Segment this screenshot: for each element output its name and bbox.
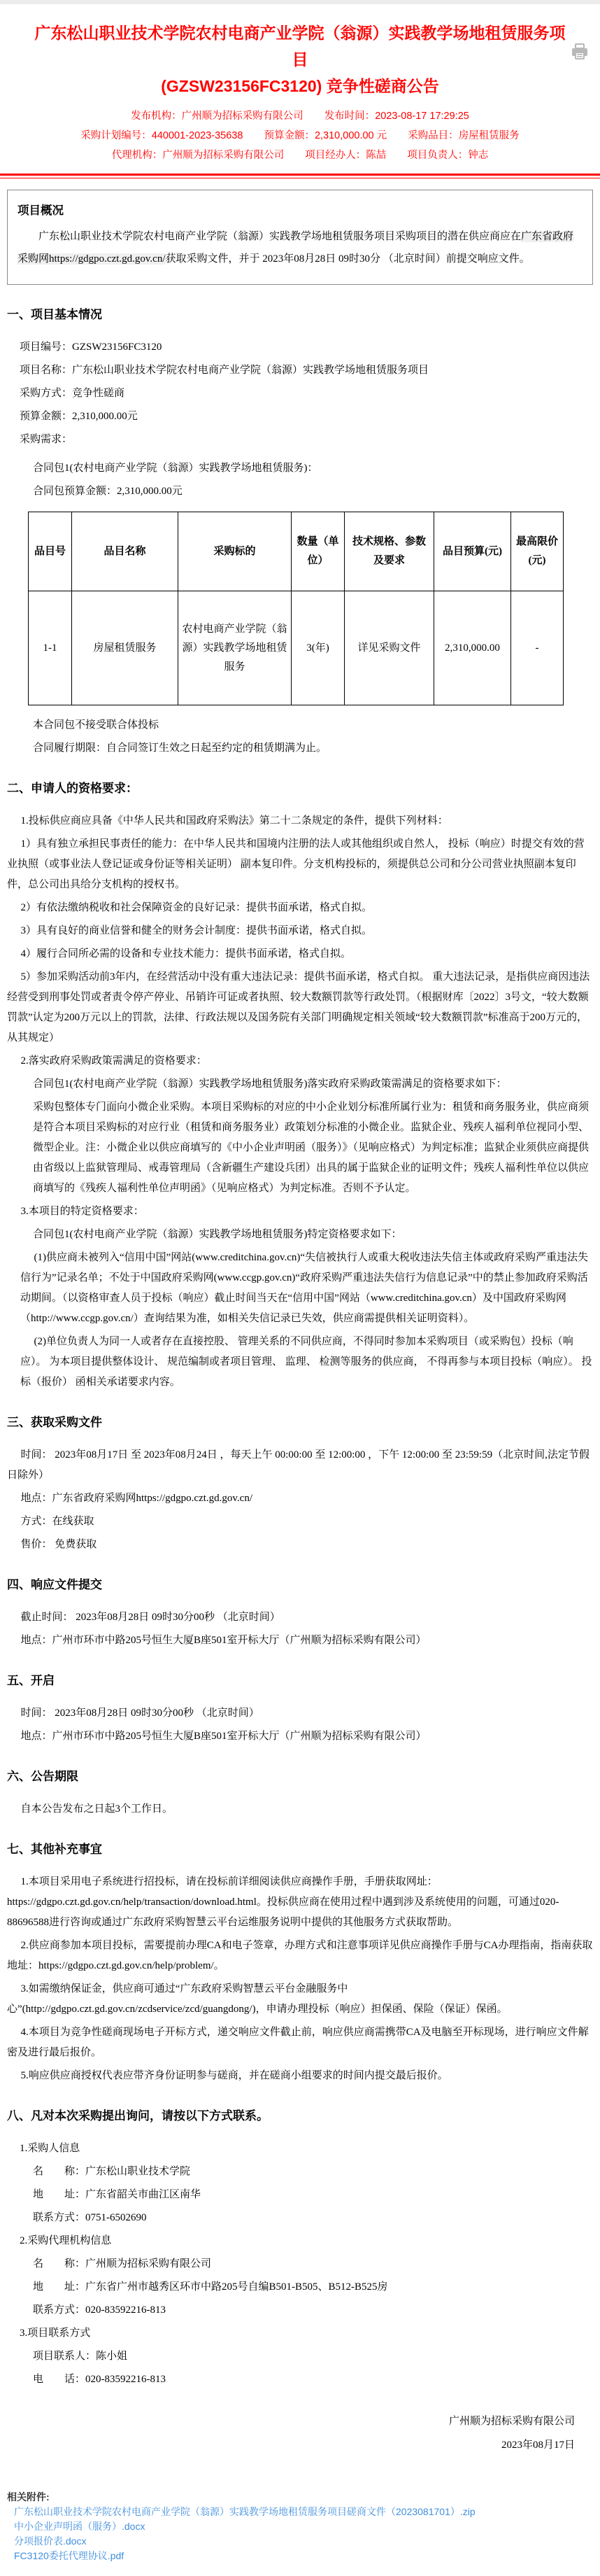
meta-budget-label: 预算金额： xyxy=(264,130,315,141)
meta-publisher-label: 发布机构： xyxy=(131,111,182,122)
meta-category-label: 采购品目： xyxy=(408,130,459,141)
signature-block: 广州顺为招标采购有限公司 2023年08月17日 xyxy=(7,2409,593,2457)
credit-china-paragraph: (1)供应商未被列入“信用中国”网站(www.creditchina.gov.c… xyxy=(20,1248,593,1329)
cell-item-name: 房屋租赁服务 xyxy=(72,591,178,705)
meta-agency-label: 代理机构： xyxy=(112,150,163,161)
col-item-name: 品目名称 xyxy=(72,512,178,591)
cell-item-budget: 2,310,000.00 xyxy=(434,591,511,705)
doc-obtain-place: 地点：广东省政府采购网https://gdgpo.czt.gd.gov.cn/ xyxy=(7,1488,593,1509)
meta-manager-value: 钟志 xyxy=(468,150,488,161)
supplement-item-3: 3.如需缴纳保证金，供应商可通过“广东政府采购智慧云平台金融服务中心”(http… xyxy=(7,1979,593,2020)
meta-budget: 预算金额：2,310,000.00 元 xyxy=(264,130,387,141)
buyer-address: 地 址：广东省韶关市曲江区南华 xyxy=(7,2185,593,2205)
meta-handler-label: 项目经办人： xyxy=(305,150,366,161)
attachment-link-itemized-quotation[interactable]: 分项报价表.docx xyxy=(14,2534,593,2549)
qualification-item-4: 4）履行合同所必需的设备和专业技术能力：提供书面承诺，格式自拟。 xyxy=(7,944,593,964)
meta-category: 采购品目：房屋租赁服务 xyxy=(408,130,520,141)
buyer-phone: 联系方式：0751-6502690 xyxy=(7,2208,593,2228)
doc-obtain-time: 时间： 2023年08月17日 至 2023年08月24日 ，每天上午 00:0… xyxy=(7,1445,593,1486)
attachments-section: 相关附件: 广东松山职业技术学院农村电商产业学院（翁源）实践教学场地租赁服务项目… xyxy=(0,2485,600,2576)
table-row: 1-1 房屋租赁服务 农村电商产业学院（翁源）实践教学场地租赁服务 3(年) 详… xyxy=(29,591,564,705)
project-contact-title: 3.项目联系方式 xyxy=(7,2323,593,2344)
section5-heading: 五、开启 xyxy=(7,1669,593,1692)
announcement-header: 广东松山职业技术学院农村电商产业学院（翁源）实践教学场地租赁服务项目 (GZSW… xyxy=(0,4,600,101)
agency-phone: 联系方式：020-83592216-813 xyxy=(7,2300,593,2321)
qualification-item-1: 1）具有独立承担民事责任的能力：在中华人民共和国境内注册的法人或其他组织或自然人… xyxy=(7,834,593,895)
section1-heading: 一、项目基本情况 xyxy=(7,303,593,326)
supplement-item-1: 1.本项目采用电子系统进行招投标，请在投标前详细阅读供应商操作手册，手册获取网址… xyxy=(7,1872,593,1933)
overview-paragraph: 广东松山职业技术学院农村电商产业学院（翁源）实践教学场地租赁服务项目采购项目的潜… xyxy=(17,225,583,270)
procurement-demand: 采购需求： xyxy=(7,430,593,450)
meta-publish-time: 发布时间：2023-08-17 17:29:25 xyxy=(324,111,469,122)
meta-agency: 代理机构：广州顺为招标采购有限公司 xyxy=(112,150,285,161)
meta-publisher: 发布机构：广州顺为招标采购有限公司 xyxy=(131,111,303,122)
red-divider-thin xyxy=(0,178,600,178)
overview-text-before: 广东松山职业技术学院农村电商产业学院（翁源）实践教学场地租赁服务项目采购项目的潜… xyxy=(38,231,521,242)
budget-amount: 预算金额：2,310,000.00元 xyxy=(7,407,593,427)
meta-handler: 项目经办人：陈喆 xyxy=(305,150,386,161)
agency-address: 地 址：广东省广州市越秀区环市中路205号自编B501-B505、B512-B5… xyxy=(7,2277,593,2297)
qualification-item-5: 5）参加采购活动前3年内，在经营活动中没有重大违法记录：提供书面承诺，格式自拟。… xyxy=(7,967,593,1048)
meta-category-value: 房屋租赁服务 xyxy=(459,130,520,141)
items-table: 品目号 品目名称 采购标的 数量（单位） 技术规格、参数及要求 品目预算(元) … xyxy=(28,512,564,705)
submission-place: 地点：广州市环市中路205号恒生大厦B座501室开标大厅（广州顺为招标采购有限公… xyxy=(7,1631,593,1651)
signature-date: 2023年08月17日 xyxy=(7,2433,575,2457)
meta-publisher-value: 广州顺为招标采购有限公司 xyxy=(182,111,303,122)
cell-subject: 农村电商产业学院（翁源）实践教学场地租赁服务 xyxy=(178,591,292,705)
smes-policy-paragraph: 采购包整体专门面向小微企业采购。本项目采购标的对应的中小企业划分标准所属行业为：… xyxy=(33,1097,593,1199)
overview-text-after: 获取采购文件，并于 2023年08月28日 09时30分 （北京时间）前提交响应… xyxy=(166,253,530,265)
no-consortium-note: 本合同包不接受联合体投标 xyxy=(7,715,593,736)
col-price-cap: 最高限价(元) xyxy=(511,512,564,591)
supplement-item-4: 4.本项目为竞争性磋商现场电子开标方式，递交响应文件截止前，响应供应商需携带CA… xyxy=(7,2022,593,2063)
col-subject: 采购标的 xyxy=(178,512,292,591)
meta-plan-no: 采购计划编号：440001-2023-35638 xyxy=(80,130,243,141)
agency-name: 名 称：广州顺为招标采购有限公司 xyxy=(7,2254,593,2274)
section4-heading: 四、响应文件提交 xyxy=(7,1573,593,1596)
meta-manager: 项目负责人：钟志 xyxy=(407,150,488,161)
meta-handler-value: 陈喆 xyxy=(366,150,386,161)
section8-heading: 八、凡对本次采购提出询问，请按以下方式联系。 xyxy=(7,2104,593,2127)
qualification-item-2: 2）有依法缴纳税收和社会保障资金的良好记录：提供书面承诺，格式自拟。 xyxy=(7,898,593,918)
policy-requirement-title: 2.落实政府采购政策需满足的资格要求： xyxy=(7,1051,593,1071)
meta-publish-time-label: 发布时间： xyxy=(324,111,376,122)
buyer-name: 名 称：广东松山职业技术学院 xyxy=(7,2162,593,2182)
qualification-intro: 1.投标供应商应具备《中华人民共和国政府采购法》第二十二条规定的条件，提供下列材… xyxy=(7,811,593,831)
col-item-budget: 品目预算(元) xyxy=(434,512,511,591)
contract-package-budget: 合同包预算金额：2,310,000.00元 xyxy=(7,481,593,502)
col-quantity: 数量（单位） xyxy=(292,512,345,591)
procurement-method: 采购方式：竞争性磋商 xyxy=(7,383,593,404)
project-name: 项目名称：广东松山职业技术学院农村电商产业学院（翁源）实践教学场地租赁服务项目 xyxy=(7,360,593,381)
same-principal-paragraph: (2)单位负责人为同一人或者存在直接控股、 管理关系的不同供应商，不得同时参加本… xyxy=(20,1332,593,1393)
announcement-meta: 发布机构：广州顺为招标采购有限公司 发布时间：2023-08-17 17:29:… xyxy=(0,106,600,165)
cell-quantity: 3(年) xyxy=(292,591,345,705)
specific-package-line: 合同包1(农村电商产业学院（翁源）实践教学场地租赁服务)特定资格要求如下： xyxy=(7,1225,593,1245)
project-overview-box: 项目概况 广东松山职业技术学院农村电商产业学院（翁源）实践教学场地租赁服务项目采… xyxy=(7,190,593,285)
page-title: 广东松山职业技术学院农村电商产业学院（翁源）实践教学场地租赁服务项目 (GZSW… xyxy=(28,20,572,99)
items-table-header-row: 品目号 品目名称 采购标的 数量（单位） 技术规格、参数及要求 品目预算(元) … xyxy=(29,512,564,591)
project-contact-phone: 电 话：020-83592216-813 xyxy=(7,2370,593,2390)
submission-deadline: 截止时间： 2023年08月28日 09时30分00秒 （北京时间） xyxy=(7,1607,593,1628)
section2-heading: 二、申请人的资格要求： xyxy=(7,777,593,800)
signature-company: 广州顺为招标采购有限公司 xyxy=(7,2409,575,2433)
qualification-item-3: 3）具有良好的商业信誉和健全的财务会计制度：提供书面承诺，格式自拟。 xyxy=(7,921,593,941)
cell-item-no: 1-1 xyxy=(29,591,72,705)
opening-time: 时间： 2023年08月28日 09时30分00秒 （北京时间） xyxy=(7,1703,593,1724)
supplement-item-2: 2.供应商参加本项目投标，需要提前办理CA和电子签章，办理方式和注意事项详见供应… xyxy=(7,1936,593,1976)
specific-requirement-title: 3.本项目的特定资格要求： xyxy=(7,1202,593,1222)
print-icon[interactable] xyxy=(571,43,589,64)
meta-agency-value: 广州顺为招标采购有限公司 xyxy=(162,150,284,161)
cell-price-cap: - xyxy=(511,591,564,705)
doc-obtain-price: 售价： 免费获取 xyxy=(7,1535,593,1555)
project-contact-person: 项目联系人：陈小姐 xyxy=(7,2346,593,2367)
buyer-info-title: 1.采购人信息 xyxy=(7,2139,593,2159)
agency-info-title: 2.采购代理机构信息 xyxy=(7,2231,593,2251)
cell-specs: 详见采购文件 xyxy=(345,591,434,705)
section3-heading: 三、获取采购文件 xyxy=(7,1411,593,1434)
red-divider-thick xyxy=(0,174,600,176)
project-number: 项目编号：GZSW23156FC3120 xyxy=(7,337,593,358)
overview-heading: 项目概况 xyxy=(17,200,583,221)
section7-heading: 七、其他补充事宜 xyxy=(7,1838,593,1861)
meta-plan-no-label: 采购计划编号： xyxy=(80,130,152,141)
attachments-label: 相关附件: xyxy=(7,2489,593,2505)
contract-package-line: 合同包1(农村电商产业学院（翁源）实践教学场地租赁服务)： xyxy=(7,458,593,479)
red-divider xyxy=(0,174,600,178)
col-specs: 技术规格、参数及要求 xyxy=(345,512,434,591)
policy-package-line: 合同包1(农村电商产业学院（翁源）实践教学场地租赁服务)落实政府采购政策需满足的… xyxy=(7,1074,593,1095)
meta-plan-no-value: 440001-2023-35638 xyxy=(152,130,243,141)
meta-row-1: 发布机构：广州顺为招标采购有限公司 发布时间：2023-08-17 17:29:… xyxy=(0,106,600,126)
meta-publish-time-value: 2023-08-17 17:29:25 xyxy=(375,111,469,122)
col-item-no: 品目号 xyxy=(29,512,72,591)
page-title-line1: 广东松山职业技术学院农村电商产业学院（翁源）实践教学场地租赁服务项目 xyxy=(28,20,572,73)
announcement-body: 项目概况 广东松山职业技术学院农村电商产业学院（翁源）实践教学场地租赁服务项目采… xyxy=(0,190,600,2457)
attachment-link-consultation-doc[interactable]: 广东松山职业技术学院农村电商产业学院（翁源）实践教学场地租赁服务项目磋商文件（2… xyxy=(14,2505,593,2519)
meta-budget-value: 2,310,000.00 元 xyxy=(315,130,387,141)
meta-row-2: 采购计划编号：440001-2023-35638 预算金额：2,310,000.… xyxy=(0,126,600,146)
meta-row-3: 代理机构：广州顺为招标采购有限公司 项目经办人：陈喆 项目负责人：钟志 xyxy=(0,146,600,165)
attachment-link-agency-agreement[interactable]: FC3120委托代理协议.pdf xyxy=(14,2549,593,2563)
supplement-item-5: 5.响应供应商授权代表应带齐身份证明参与磋商，并在磋商小组要求的时间内提交最后报… xyxy=(7,2066,593,2086)
contract-term-note: 合同履行期限：自合同签订生效之日起至约定的租赁期满为止。 xyxy=(7,738,593,759)
meta-manager-label: 项目负责人： xyxy=(407,150,468,161)
doc-obtain-method: 方式：在线获取 xyxy=(7,1512,593,1532)
announcement-period: 自本公告发布之日起3个工作日。 xyxy=(7,1799,593,1820)
section6-heading: 六、公告期限 xyxy=(7,1765,593,1788)
page-title-line2: (GZSW23156FC3120) 竞争性磋商公告 xyxy=(28,73,572,99)
attachment-link-sme-declaration[interactable]: 中小企业声明函（服务）.docx xyxy=(14,2519,593,2534)
opening-place: 地点：广州市环市中路205号恒生大厦B座501室开标大厅（广州顺为招标采购有限公… xyxy=(7,1726,593,1747)
